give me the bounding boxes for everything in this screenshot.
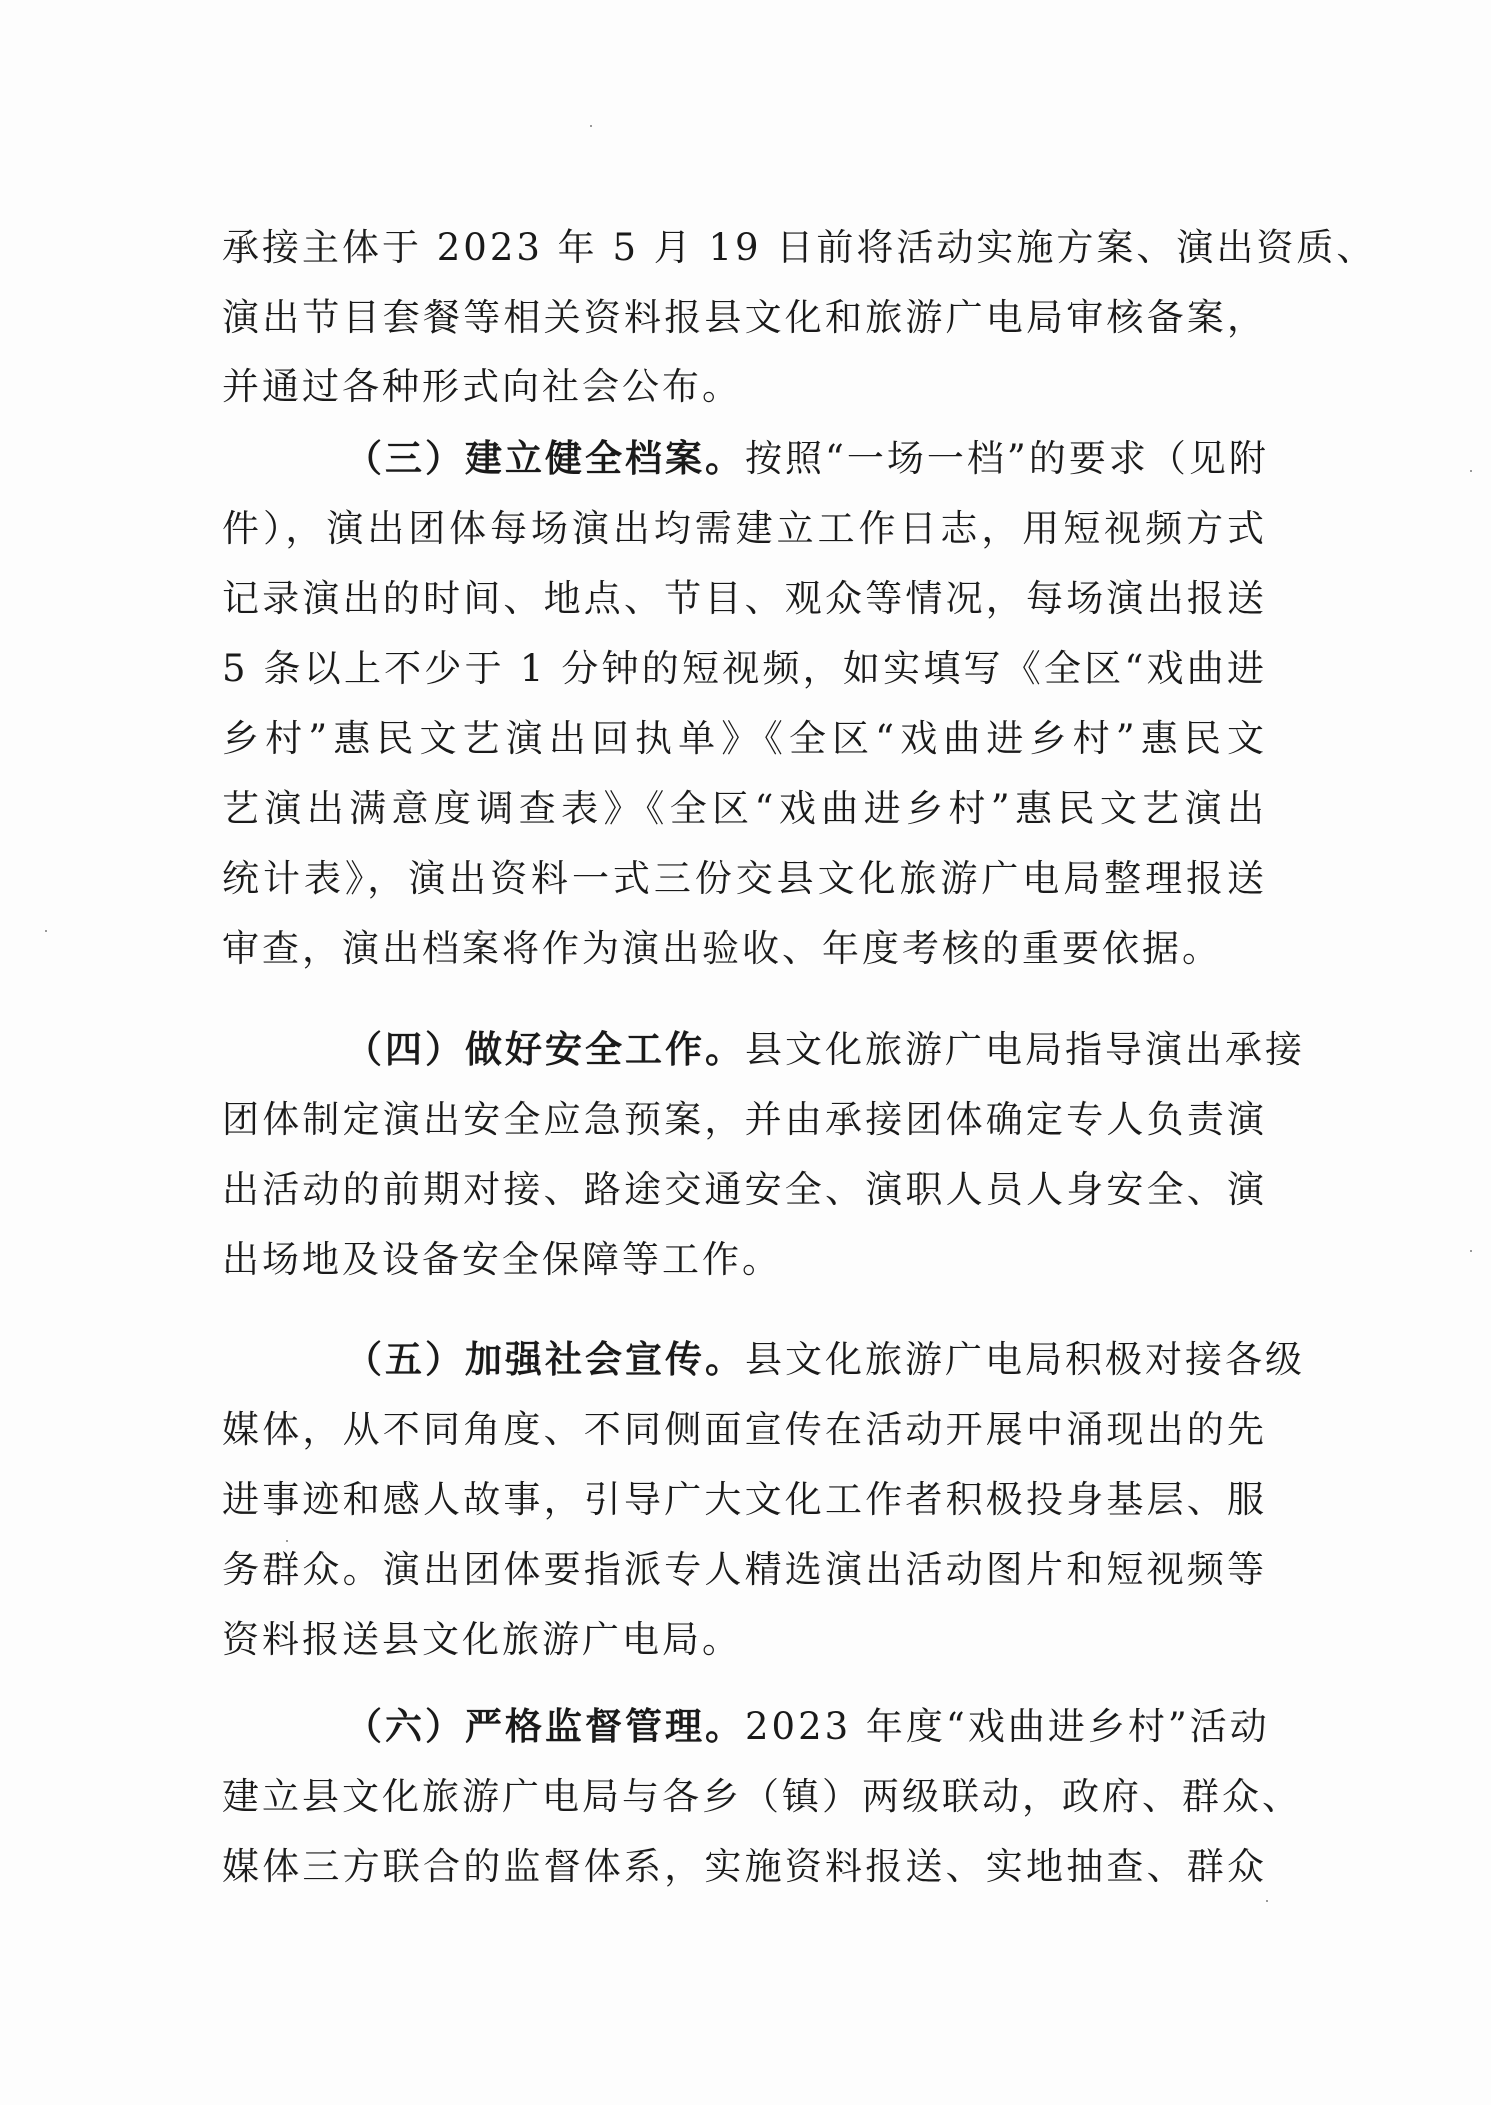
- section-heading: （六）严格监督管理。: [345, 1705, 745, 1748]
- text-line: 资料报送县文化旅游广电局。: [222, 1605, 1267, 1675]
- text-span: 按照“一场一档”的要求（见附: [745, 437, 1269, 480]
- text-line: 出场地及设备安全保障等工作。: [222, 1225, 1267, 1295]
- section-heading: （四）做好安全工作。: [345, 1028, 745, 1071]
- text-line: 艺演出满意度调查表》《全区“戏曲进乡村”惠民文艺演出: [222, 774, 1267, 844]
- scan-speck: [1470, 470, 1472, 472]
- text-line: 团体制定演出安全应急预案，并由承接团体确定专人负责演: [222, 1085, 1267, 1155]
- scan-speck: [590, 125, 592, 127]
- text-line: 承接主体于 2023 年 5 月 19 日前将活动实施方案、演出资质、: [222, 213, 1267, 283]
- text-line: 媒体三方联合的监督体系，实施资料报送、实地抽查、群众: [222, 1832, 1267, 1902]
- text-line: 媒体，从不同角度、不同侧面宣传在活动开展中涌现出的先: [222, 1395, 1267, 1465]
- text-line: 件），演出团体每场演出均需建立工作日志，用短视频方式: [222, 494, 1267, 564]
- section-heading-line: （五）加强社会宣传。县文化旅游广电局积极对接各级: [345, 1325, 1267, 1395]
- text-line: 出活动的前期对接、路途交通安全、演职人员人身安全、演: [222, 1155, 1267, 1225]
- section-heading-line: （三）建立健全档案。按照“一场一档”的要求（见附: [345, 424, 1267, 494]
- text-line: 统计表》，演出资料一式三份交县文化旅游广电局整理报送: [222, 844, 1267, 914]
- section-heading-line: （四）做好安全工作。县文化旅游广电局指导演出承接: [345, 1015, 1267, 1085]
- scan-speck: [1266, 1900, 1268, 1902]
- text-line: 5 条以上不少于 1 分钟的短视频，如实填写《全区“戏曲进: [222, 634, 1267, 704]
- document-page: 承接主体于 2023 年 5 月 19 日前将活动实施方案、演出资质、 演出节目…: [0, 0, 1491, 2105]
- scan-speck: [45, 930, 47, 932]
- text-span: 县文化旅游广电局积极对接各级: [745, 1338, 1305, 1381]
- text-line: 演出节目套餐等相关资料报县文化和旅游广电局审核备案，: [222, 283, 1267, 353]
- text-span: 县文化旅游广电局指导演出承接: [745, 1028, 1305, 1071]
- section-heading: （三）建立健全档案。: [345, 437, 745, 480]
- text-line: 并通过各种形式向社会公布。: [222, 352, 1267, 422]
- text-line: 乡村”惠民文艺演出回执单》《全区“戏曲进乡村”惠民文: [222, 704, 1267, 774]
- scan-speck: [1470, 1250, 1472, 1252]
- text-line: 审查，演出档案将作为演出验收、年度考核的重要依据。: [222, 914, 1267, 984]
- section-heading-line: （六）严格监督管理。2023 年度“戏曲进乡村”活动: [345, 1692, 1267, 1762]
- text-line: 务群众。演出团体要指派专人精选演出活动图片和短视频等: [222, 1535, 1267, 1605]
- text-span: 2023 年度“戏曲进乡村”活动: [745, 1705, 1270, 1748]
- text-line: 建立县文化旅游广电局与各乡（镇）两级联动，政府、群众、: [222, 1762, 1267, 1832]
- section-heading: （五）加强社会宣传。: [345, 1338, 745, 1381]
- text-line: 记录演出的时间、地点、节目、观众等情况，每场演出报送: [222, 564, 1267, 634]
- scan-speck: [286, 1540, 288, 1542]
- text-line: 进事迹和感人故事，引导广大文化工作者积极投身基层、服: [222, 1465, 1267, 1535]
